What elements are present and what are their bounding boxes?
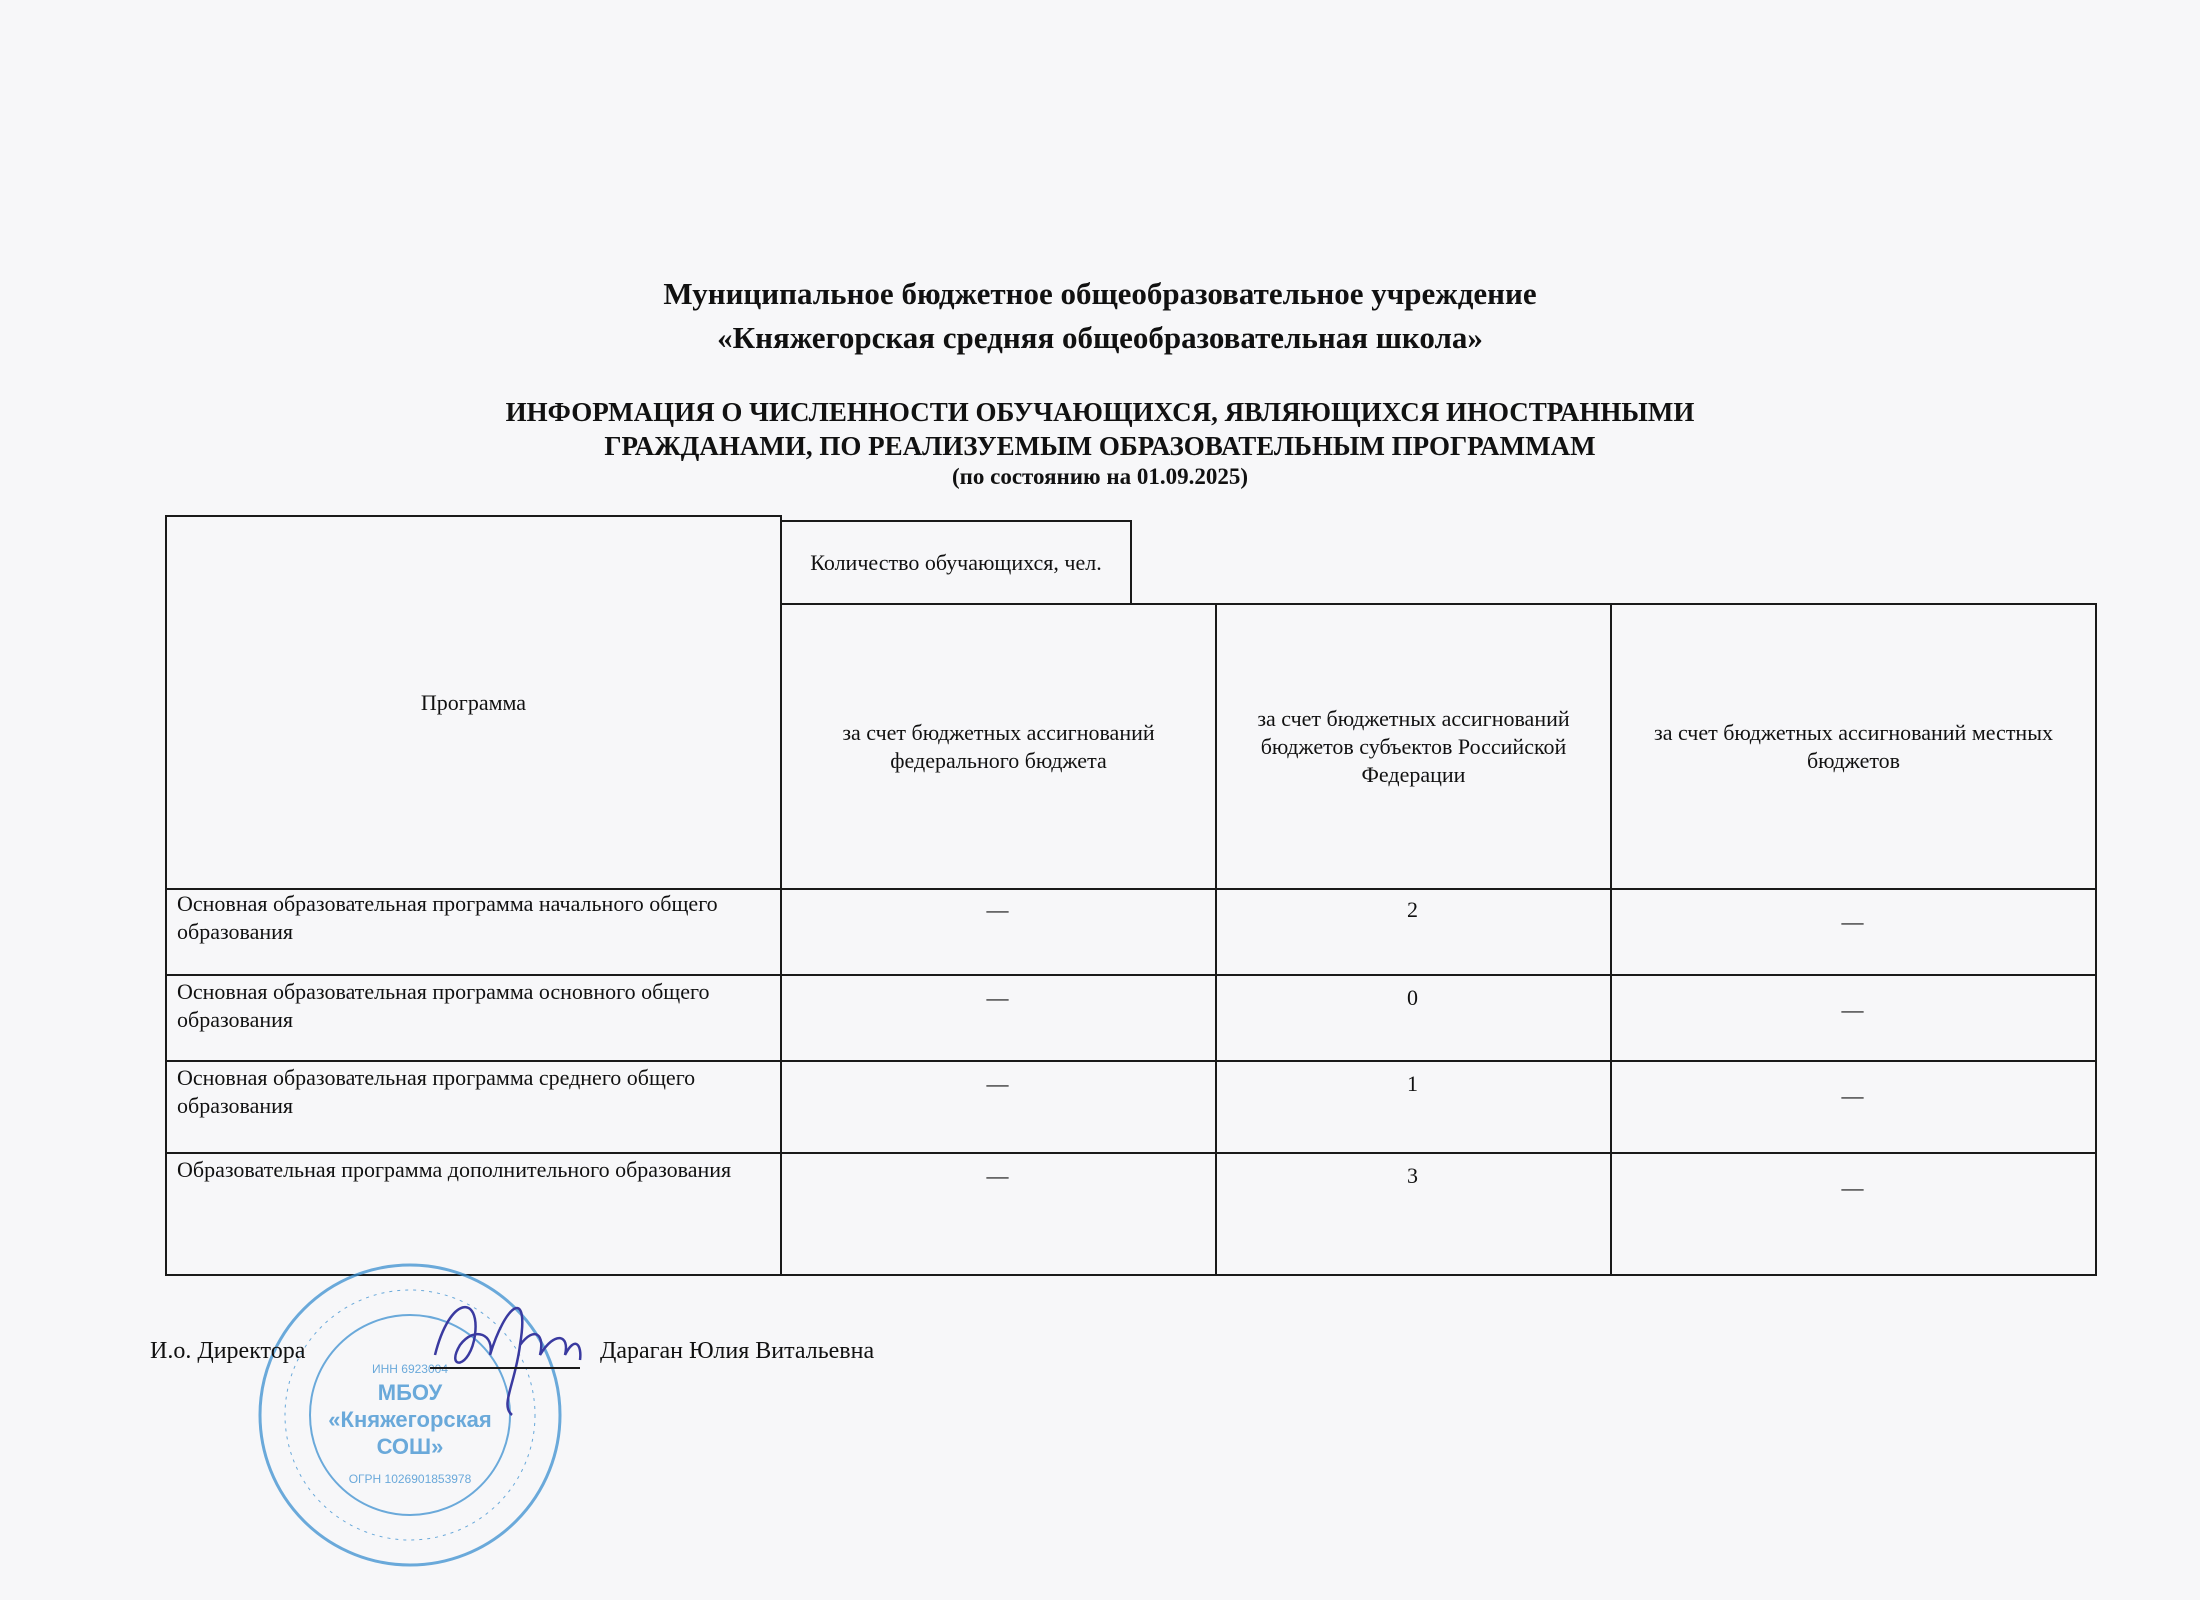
regional-header-text: за счет бюджетных ассигнований бюджетов … [1225,705,1602,789]
local-header-text: за счет бюджетных ассигнований местных б… [1620,719,2087,775]
program-name: Основная образовательная программа начал… [177,890,770,946]
table-row-program: Основная образовательная программа средн… [165,1062,782,1154]
signatory-role: И.о. Директора [150,1338,305,1365]
svg-text:ОГРН 1026901853978: ОГРН 1026901853978 [349,1472,472,1486]
table-cell-regional: 0 [1215,976,1612,1062]
as-of-date: (по состоянию на 01.09.2025) [0,462,2200,492]
local-value: — [1610,996,2095,1024]
regional-budget-header: за счет бюджетных ассигнований бюджетов … [1215,603,1612,890]
table-cell-regional: 2 [1215,888,1612,976]
handwritten-signature-icon [420,1275,590,1425]
federal-value: — [780,896,1215,924]
federal-value: — [780,1070,1215,1098]
local-budget-header: за счет бюджетных ассигнований местных б… [1610,603,2097,890]
org-line-2: «Княжегорская средняя общеобразовательна… [0,316,2200,360]
org-line-1: Муниципальное бюджетное общеобразователь… [0,272,2200,316]
regional-value: 0 [1215,984,1610,1012]
table-row-program: Основная образовательная программа основ… [165,976,782,1062]
quantity-header-text: Количество обучающихся, чел. [810,549,1101,577]
table-cell-regional: 3 [1215,1154,1612,1276]
table-row-program: Основная образовательная программа начал… [165,888,782,976]
program-name: Образовательная программа дополнительног… [177,1156,770,1184]
organization-name: Муниципальное бюджетное общеобразователь… [0,272,2200,360]
document-title: ИНФОРМАЦИЯ О ЧИСЛЕННОСТИ ОБУЧАЮЩИХСЯ, ЯВ… [0,395,2200,463]
federal-value: — [780,1162,1215,1190]
table-cell-local: — [1610,888,2097,976]
quantity-header: Количество обучающихся, чел. [780,520,1132,605]
federal-value: — [780,984,1215,1012]
table-cell-regional: 1 [1215,1062,1612,1154]
table-cell-local: — [1610,1062,2097,1154]
program-column-header: Программа [165,515,782,890]
table-cell-local: — [1610,976,2097,1062]
regional-value: 2 [1215,896,1610,924]
title-line-1: ИНФОРМАЦИЯ О ЧИСЛЕННОСТИ ОБУЧАЮЩИХСЯ, ЯВ… [0,395,2200,429]
federal-header-text: за счет бюджетных ассигнований федеральн… [790,719,1207,775]
regional-value: 3 [1215,1162,1610,1190]
table-cell-federal: — [780,1154,1217,1276]
table-cell-federal: — [780,1062,1217,1154]
title-line-2: ГРАЖДАНАМИ, ПО РЕАЛИЗУЕМЫМ ОБРАЗОВАТЕЛЬН… [0,429,2200,463]
svg-text:СОШ»: СОШ» [377,1434,444,1459]
local-value: — [1610,1082,2095,1110]
table-cell-local: — [1610,1154,2097,1276]
signature-line [430,1367,580,1369]
program-name: Основная образовательная программа средн… [177,1064,770,1120]
federal-budget-header: за счет бюджетных ассигнований федеральн… [780,603,1217,890]
signatory-name: Дараган Юлия Витальевна [600,1338,874,1365]
program-header-text: Программа [421,689,526,717]
local-value: — [1610,908,2095,936]
program-name: Основная образовательная программа основ… [177,978,770,1034]
table-cell-federal: — [780,976,1217,1062]
table-cell-federal: — [780,888,1217,976]
local-value: — [1610,1174,2095,1202]
regional-value: 1 [1215,1070,1610,1098]
